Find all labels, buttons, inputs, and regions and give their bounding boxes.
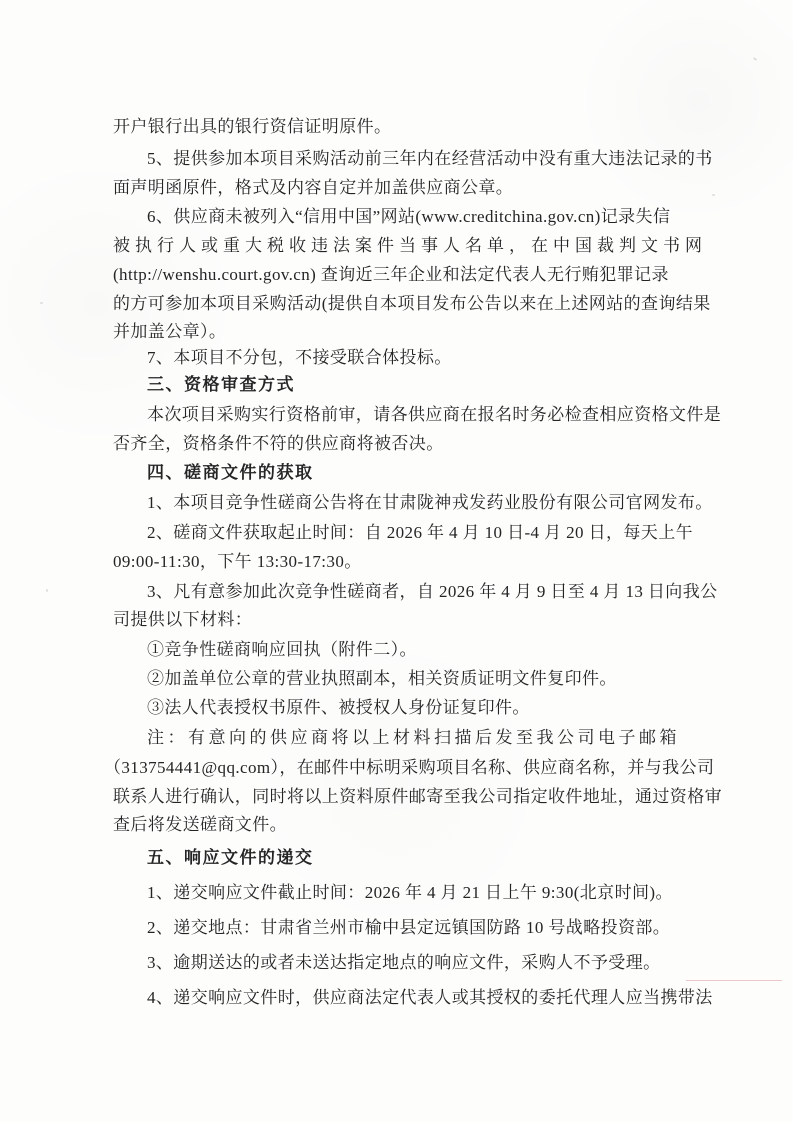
doc-line-note: 注：有意向的供应商将以上材料扫描后发至我公司电子邮箱 [113, 727, 723, 749]
doc-line-material-3: ③法人代表授权书原件、被授权人身份证复印件。 [113, 697, 723, 719]
heading-section-3-qualification-review: 三、资格审查方式 [113, 374, 723, 396]
doc-line-item-3b: 3、逾期送达的或者未送达指定地点的响应文件，采购人不予受理。 [113, 952, 723, 974]
scan-speck [46, 589, 48, 592]
heading-section-5-response-submission: 五、响应文件的递交 [113, 847, 723, 869]
doc-line: 查后将发送磋商文件。 [113, 814, 689, 836]
heading-section-4-document-acquisition: 四、磋商文件的获取 [113, 462, 723, 484]
scan-artifact-line [686, 980, 782, 981]
doc-line: 否齐全，资格条件不符的供应商将被否决。 [113, 433, 689, 455]
doc-line-item-3: 3、凡有意参加此次竞争性磋商者，自 2026 年 4 月 9 日至 4 月 13… [113, 581, 723, 603]
doc-line-item-5: 5、提供参加本项目采购活动前三年内在经营活动中没有重大违法记录的书 [113, 148, 723, 170]
doc-line: 的方可参加本项目采购活动(提供自本项目发布公告以来在上述网站的查询结果 [113, 293, 689, 315]
doc-line-material-1: ①竞争性磋商响应回执（附件二）。 [113, 639, 723, 661]
doc-line-address: 2、递交地点：甘肃省兰州市榆中县定远镇国防路 10 号战略投资部。 [113, 917, 723, 939]
doc-line-item-2: 2、磋商文件获取起止时间：自 2026 年 4 月 10 日-4 月 20 日，… [113, 522, 723, 544]
doc-line: 开户银行出具的银行资信证明原件。 [113, 116, 689, 138]
doc-line-item-1: 1、本项目竞争性磋商公告将在甘肃陇神戎发药业股份有限公司官网发布。 [113, 492, 723, 514]
doc-line-item-4b: 4、递交响应文件时，供应商法定代表人或其授权的委托代理人应当携带法 [113, 987, 723, 1009]
doc-line: 面声明函原件，格式及内容自定并加盖供应商公章。 [113, 177, 689, 199]
doc-line-url: (http://wenshu.court.gov.cn) 查询近三年企业和法定代… [113, 264, 689, 286]
doc-line-deadline: 1、递交响应文件截止时间：2026 年 4 月 21 日上午 9:30(北京时间… [113, 882, 723, 904]
doc-line: 被执行人或重大税收违法案件当事人名单，在中国裁判文书网 [113, 235, 689, 257]
scanned-document-page: 开户银行出具的银行资信证明原件。 5、提供参加本项目采购活动前三年内在经营活动中… [0, 0, 793, 1122]
doc-line-item-7: 7、本项目不分包，不接受联合体投标。 [113, 347, 723, 369]
scan-speck [712, 194, 715, 196]
doc-line-item-6: 6、供应商未被列入“信用中国”网站(www.creditchina.gov.cn… [113, 206, 723, 228]
doc-line-email: （313754441@qq.com），在邮件中标明采购项目名称、供应商名称，并与… [104, 757, 680, 779]
scan-speck [40, 302, 43, 304]
doc-line: 司提供以下材料： [113, 609, 689, 631]
doc-line-material-2: ②加盖单位公章的营业执照副本，相关资质证明文件复印件。 [113, 668, 723, 690]
doc-line: 本次项目采购实行资格前审，请各供应商在报名时务必检查相应资格文件是 [113, 404, 723, 426]
doc-line-hours: 09:00-11:30，下午 13:30-17:30。 [113, 551, 689, 573]
doc-line: 联系人进行确认，同时将以上资料原件邮寄至我公司指定收件地址，通过资格审 [113, 786, 689, 808]
scan-speck [753, 57, 757, 61]
doc-line: 并加盖公章）。 [113, 321, 689, 343]
